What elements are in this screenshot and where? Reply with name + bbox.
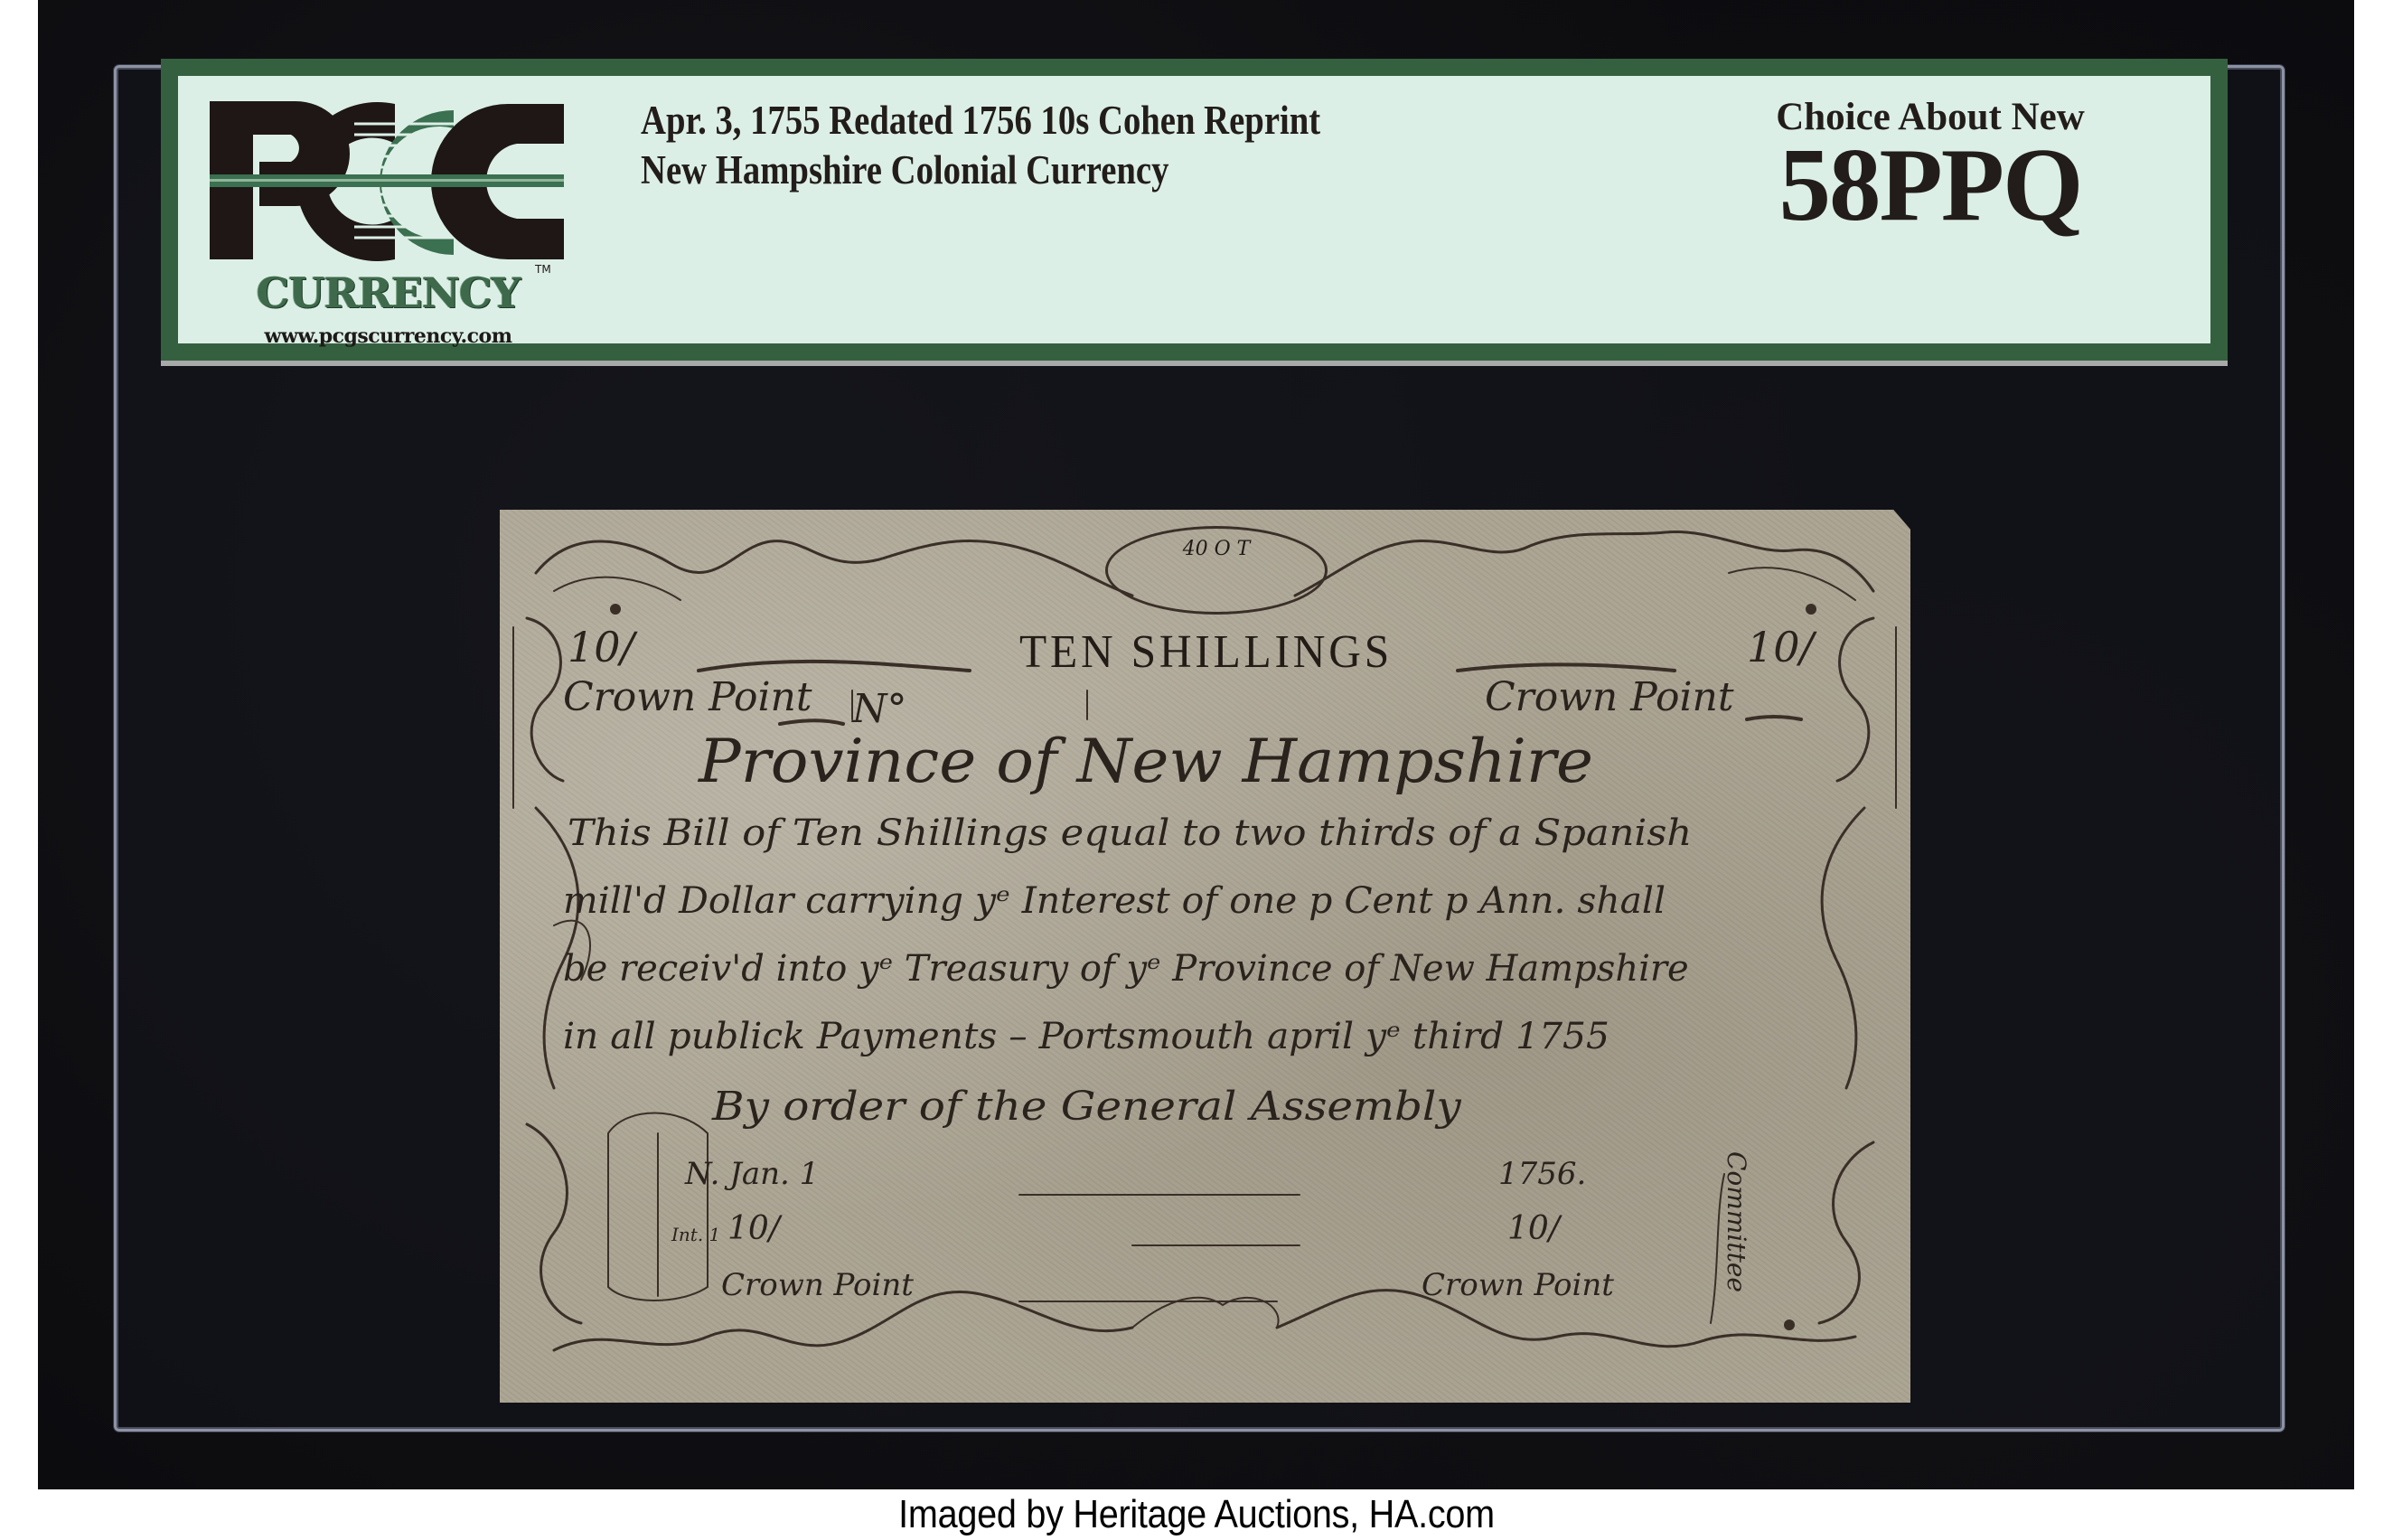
crown-point-lower-left: Crown Point: [721, 1267, 914, 1303]
denomination-title: TEN SHILLINGS: [1019, 625, 1393, 679]
body-line-3: be receiv'd into yᵉ Treasury of yᵉ Provi…: [563, 948, 1689, 990]
grade-block: Choice About New 58PPQ: [1722, 96, 2138, 231]
denomination-right: 10/: [1747, 623, 1814, 671]
body-line-4: in all publick Payments – Portsmouth apr…: [563, 1016, 1609, 1057]
label-panel: TM CURRENCY www.pcgscurrency.com Apr. 3,…: [178, 76, 2210, 343]
crown-point-lower-right: Crown Point: [1422, 1267, 1614, 1303]
body-line-1: This Bill of Ten Shillings equal to two …: [568, 812, 1692, 854]
currency-wordmark: CURRENCY: [210, 268, 567, 317]
redate-year: 1756.: [1498, 1156, 1586, 1192]
image-credit-caption: Imaged by Heritage Auctions, HA.com: [119, 1492, 2273, 1537]
province-title: Province of New Hampshire: [699, 727, 1593, 796]
redate-left: N. Jan. 1: [685, 1156, 819, 1192]
grading-label: TM CURRENCY www.pcgscurrency.com Apr. 3,…: [161, 59, 2228, 366]
denomination-lower-right: 10/: [1507, 1210, 1560, 1247]
denomination-lower-left: 10/: [727, 1210, 780, 1247]
website-link: www.pcgscurrency.com: [210, 324, 567, 348]
serial-number-label: N°: [852, 686, 907, 732]
colonial-banknote: 40 O T TEN SHILLINGS 10/ 10/ Crown Point…: [500, 510, 1910, 1403]
description-line-2: New Hampshire Colonial Currency: [641, 146, 1320, 195]
description-line-1: Apr. 3, 1755 Redated 1756 10s Cohen Repr…: [641, 96, 1320, 146]
assembly-line: By order of the General Assembly: [712, 1084, 1461, 1130]
denomination-left: 10/: [568, 623, 634, 671]
grade-value: 58PPQ: [1722, 139, 2138, 231]
crown-point-left: Crown Point: [563, 674, 812, 720]
pcgs-logo-icon: TM: [210, 88, 567, 277]
oval-vignette: 40 O T: [1105, 526, 1328, 615]
interest-label: Int. 1: [671, 1224, 720, 1245]
body-line-2: mill'd Dollar carrying yᵉ Interest of on…: [563, 880, 1666, 922]
crown-point-right: Crown Point: [1485, 674, 1734, 720]
note-description: Apr. 3, 1755 Redated 1756 10s Cohen Repr…: [641, 96, 1320, 195]
committee-label: Committee: [1722, 1151, 1751, 1292]
pcgs-currency-logo: TM CURRENCY www.pcgscurrency.com: [210, 88, 567, 350]
